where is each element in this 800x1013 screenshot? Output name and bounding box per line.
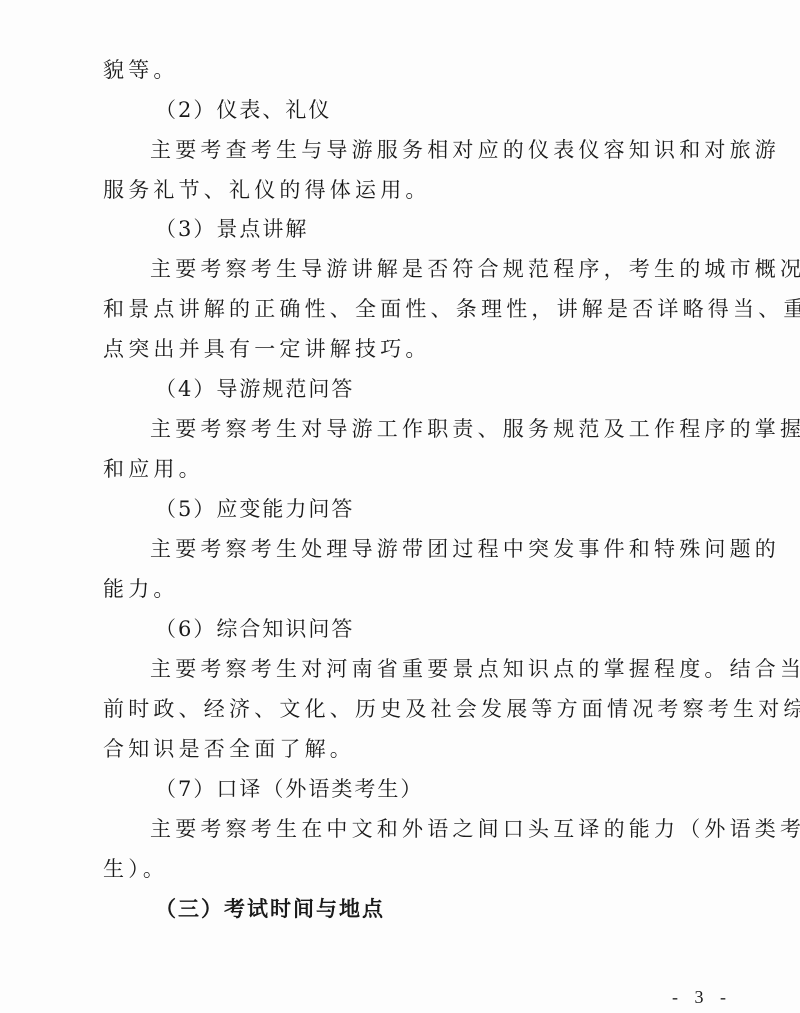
paragraph-line: 服务礼节、礼仪的得体运用。 xyxy=(103,176,431,204)
subheading-guide-standards: （4）导游规范问答 xyxy=(155,375,354,403)
paragraph-line: 主要考察考生在中文和外语之间口头互译的能力（外语类考 xyxy=(150,815,800,843)
subheading-interpretation: （7）口译（外语类考生） xyxy=(155,775,423,803)
paragraph-line: 和景点讲解的正确性、全面性、条理性，讲解是否详略得当、重 xyxy=(103,295,800,323)
text-line: 貌等。 xyxy=(103,56,179,84)
paragraph-line: 主要考察考生对导游工作职责、服务规范及工作程序的掌握 xyxy=(150,415,800,443)
paragraph-line: 主要考察考生对河南省重要景点知识点的掌握程度。结合当 xyxy=(150,655,800,683)
section-heading-exam-time-location: （三）考试时间与地点 xyxy=(155,895,385,923)
paragraph-line: 主要考察考生导游讲解是否符合规范程序，考生的城市概况 xyxy=(150,255,800,283)
subheading-etiquette: （2）仪表、礼仪 xyxy=(155,96,331,124)
paragraph-line: 能力。 xyxy=(103,575,179,603)
paragraph-line: 点突出并具有一定讲解技巧。 xyxy=(103,335,431,363)
paragraph-line: 生）。 xyxy=(103,855,168,883)
document-page: 貌等。 （2）仪表、礼仪 主要考查考生与导游服务相对应的仪表仪容知识和对旅游 服… xyxy=(0,0,800,1013)
paragraph-line: 合知识是否全面了解。 xyxy=(103,735,355,763)
paragraph-line: 主要考察考生处理导游带团过程中突发事件和特殊问题的 xyxy=(150,535,780,563)
subheading-general-knowledge: （6）综合知识问答 xyxy=(155,615,354,643)
paragraph-line: 和应用。 xyxy=(103,455,204,483)
subheading-scenic-explanation: （3）景点讲解 xyxy=(155,215,308,243)
subheading-adaptability: （5）应变能力问答 xyxy=(155,495,354,523)
page-number: - 3 - xyxy=(672,987,732,1008)
paragraph-line: 主要考查考生与导游服务相对应的仪表仪容知识和对旅游 xyxy=(150,136,780,164)
paragraph-line: 前时政、经济、文化、历史及社会发展等方面情况考察考生对综 xyxy=(103,695,800,723)
